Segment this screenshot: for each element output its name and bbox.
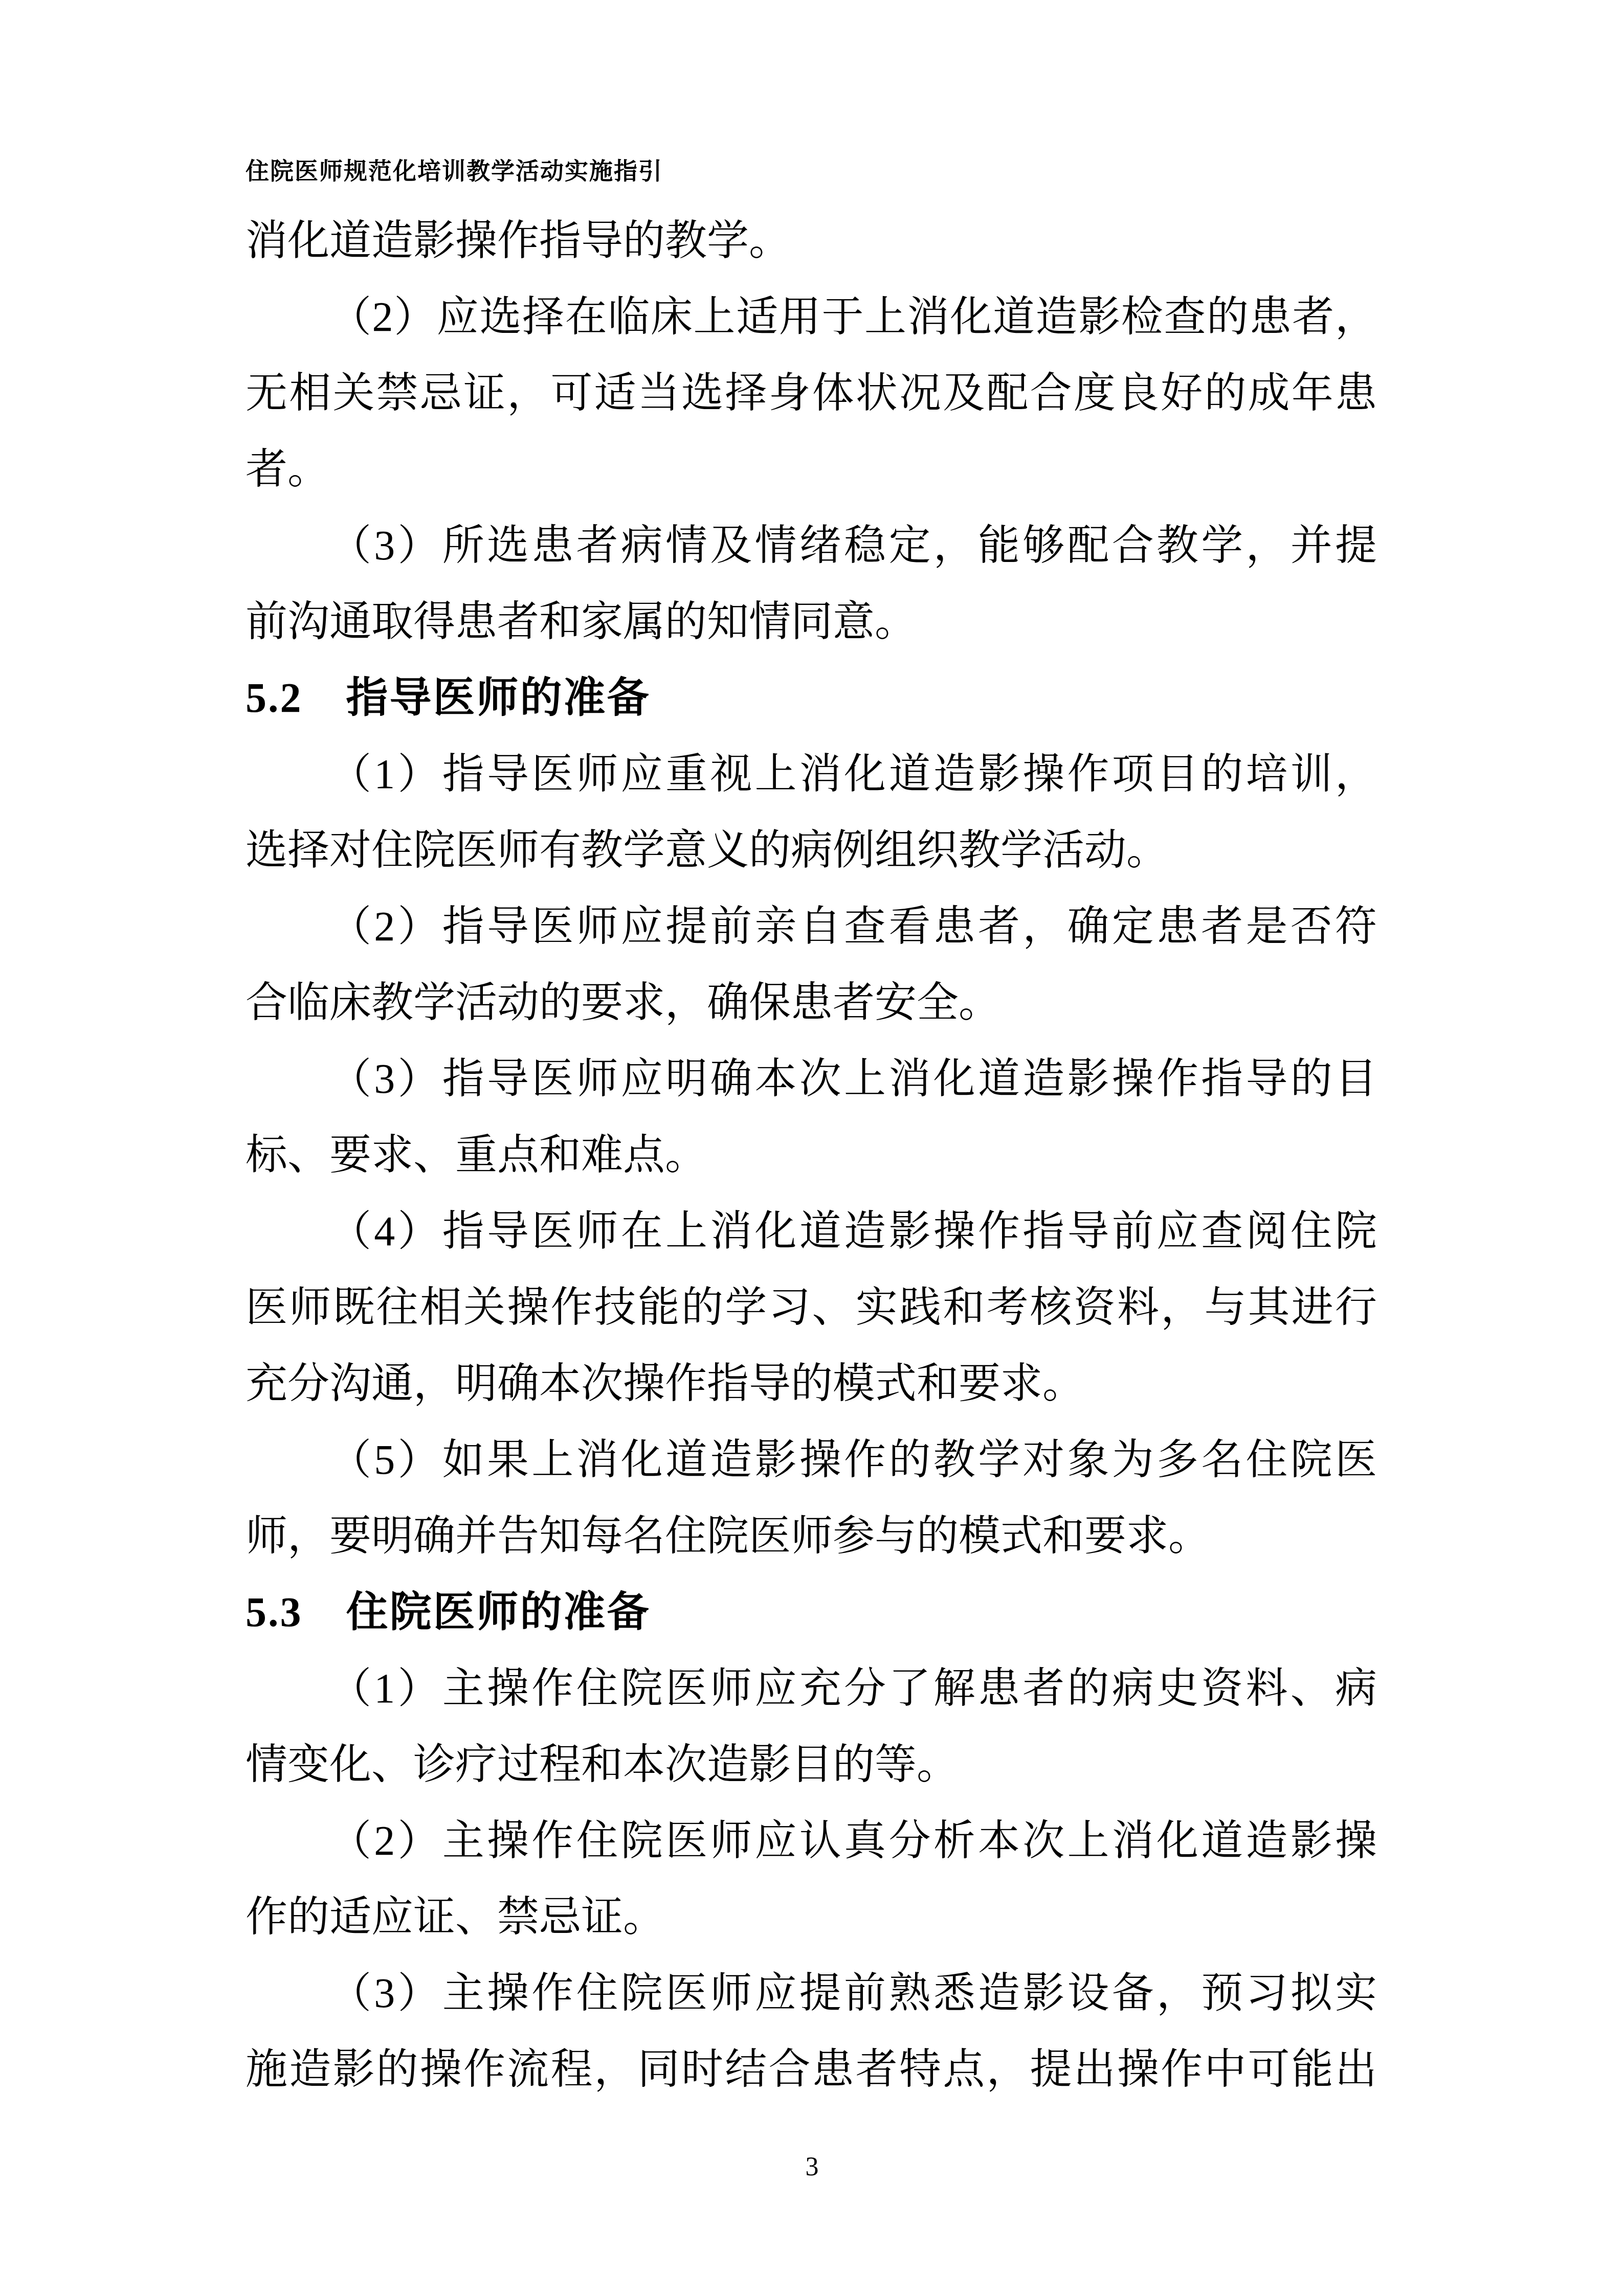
text-line: 无相关禁忌证，可适当选择身体状况及配合度良好的成年患 xyxy=(246,355,1377,431)
text-line: 选择对住院医师有教学意义的病例组织教学活动。 xyxy=(246,812,1377,888)
text-line: （3）主操作住院医师应提前熟悉造影设备，预习拟实 xyxy=(246,1955,1377,2031)
text-line: （2）指导医师应提前亲自查看患者，确定患者是否符 xyxy=(246,888,1377,964)
text-line: 消化道造影操作指导的教学。 xyxy=(246,202,1377,279)
section-heading: 5.3 住院医师的准备 xyxy=(246,1574,1377,1650)
text-line: 合临床教学活动的要求，确保患者安全。 xyxy=(246,964,1377,1041)
page-number: 3 xyxy=(0,2152,1624,2182)
body-text: 消化道造影操作指导的教学。（2）应选择在临床上适用于上消化道造影检查的患者，无相… xyxy=(246,202,1377,2107)
text-line: 作的适应证、禁忌证。 xyxy=(246,1879,1377,1955)
text-line: （1）主操作住院医师应充分了解患者的病史资料、病 xyxy=(246,1650,1377,1726)
text-line: 前沟通取得患者和家属的知情同意。 xyxy=(246,583,1377,660)
text-line: 充分沟通，明确本次操作指导的模式和要求。 xyxy=(246,1345,1377,1422)
running-header: 住院医师规范化培训教学活动实施指引 xyxy=(246,152,663,186)
text-line: （4）指导医师在上消化道造影操作指导前应查阅住院 xyxy=(246,1193,1377,1269)
text-line: 者。 xyxy=(246,431,1377,507)
text-line: （5）如果上消化道造影操作的教学对象为多名住院医 xyxy=(246,1422,1377,1498)
text-line: 师，要明确并告知每名住院医师参与的模式和要求。 xyxy=(246,1498,1377,1574)
text-line: （1）指导医师应重视上消化道造影操作项目的培训， xyxy=(246,736,1377,812)
text-line: （2）主操作住院医师应认真分析本次上消化道造影操 xyxy=(246,1803,1377,1879)
text-line: （3）所选患者病情及情绪稳定，能够配合教学，并提 xyxy=(246,507,1377,583)
text-line: 情变化、诊疗过程和本次造影目的等。 xyxy=(246,1726,1377,1803)
text-line: （3）指导医师应明确本次上消化道造影操作指导的目 xyxy=(246,1041,1377,1117)
text-line: 施造影的操作流程，同时结合患者特点，提出操作中可能出 xyxy=(246,2031,1377,2107)
text-line: 标、要求、重点和难点。 xyxy=(246,1117,1377,1193)
text-line: 医师既往相关操作技能的学习、实践和考核资料，与其进行 xyxy=(246,1269,1377,1345)
section-heading: 5.2 指导医师的准备 xyxy=(246,660,1377,736)
text-line: （2）应选择在临床上适用于上消化道造影检查的患者， xyxy=(246,279,1377,355)
document-page: 住院医师规范化培训教学活动实施指引 消化道造影操作指导的教学。（2）应选择在临床… xyxy=(0,0,1624,2296)
